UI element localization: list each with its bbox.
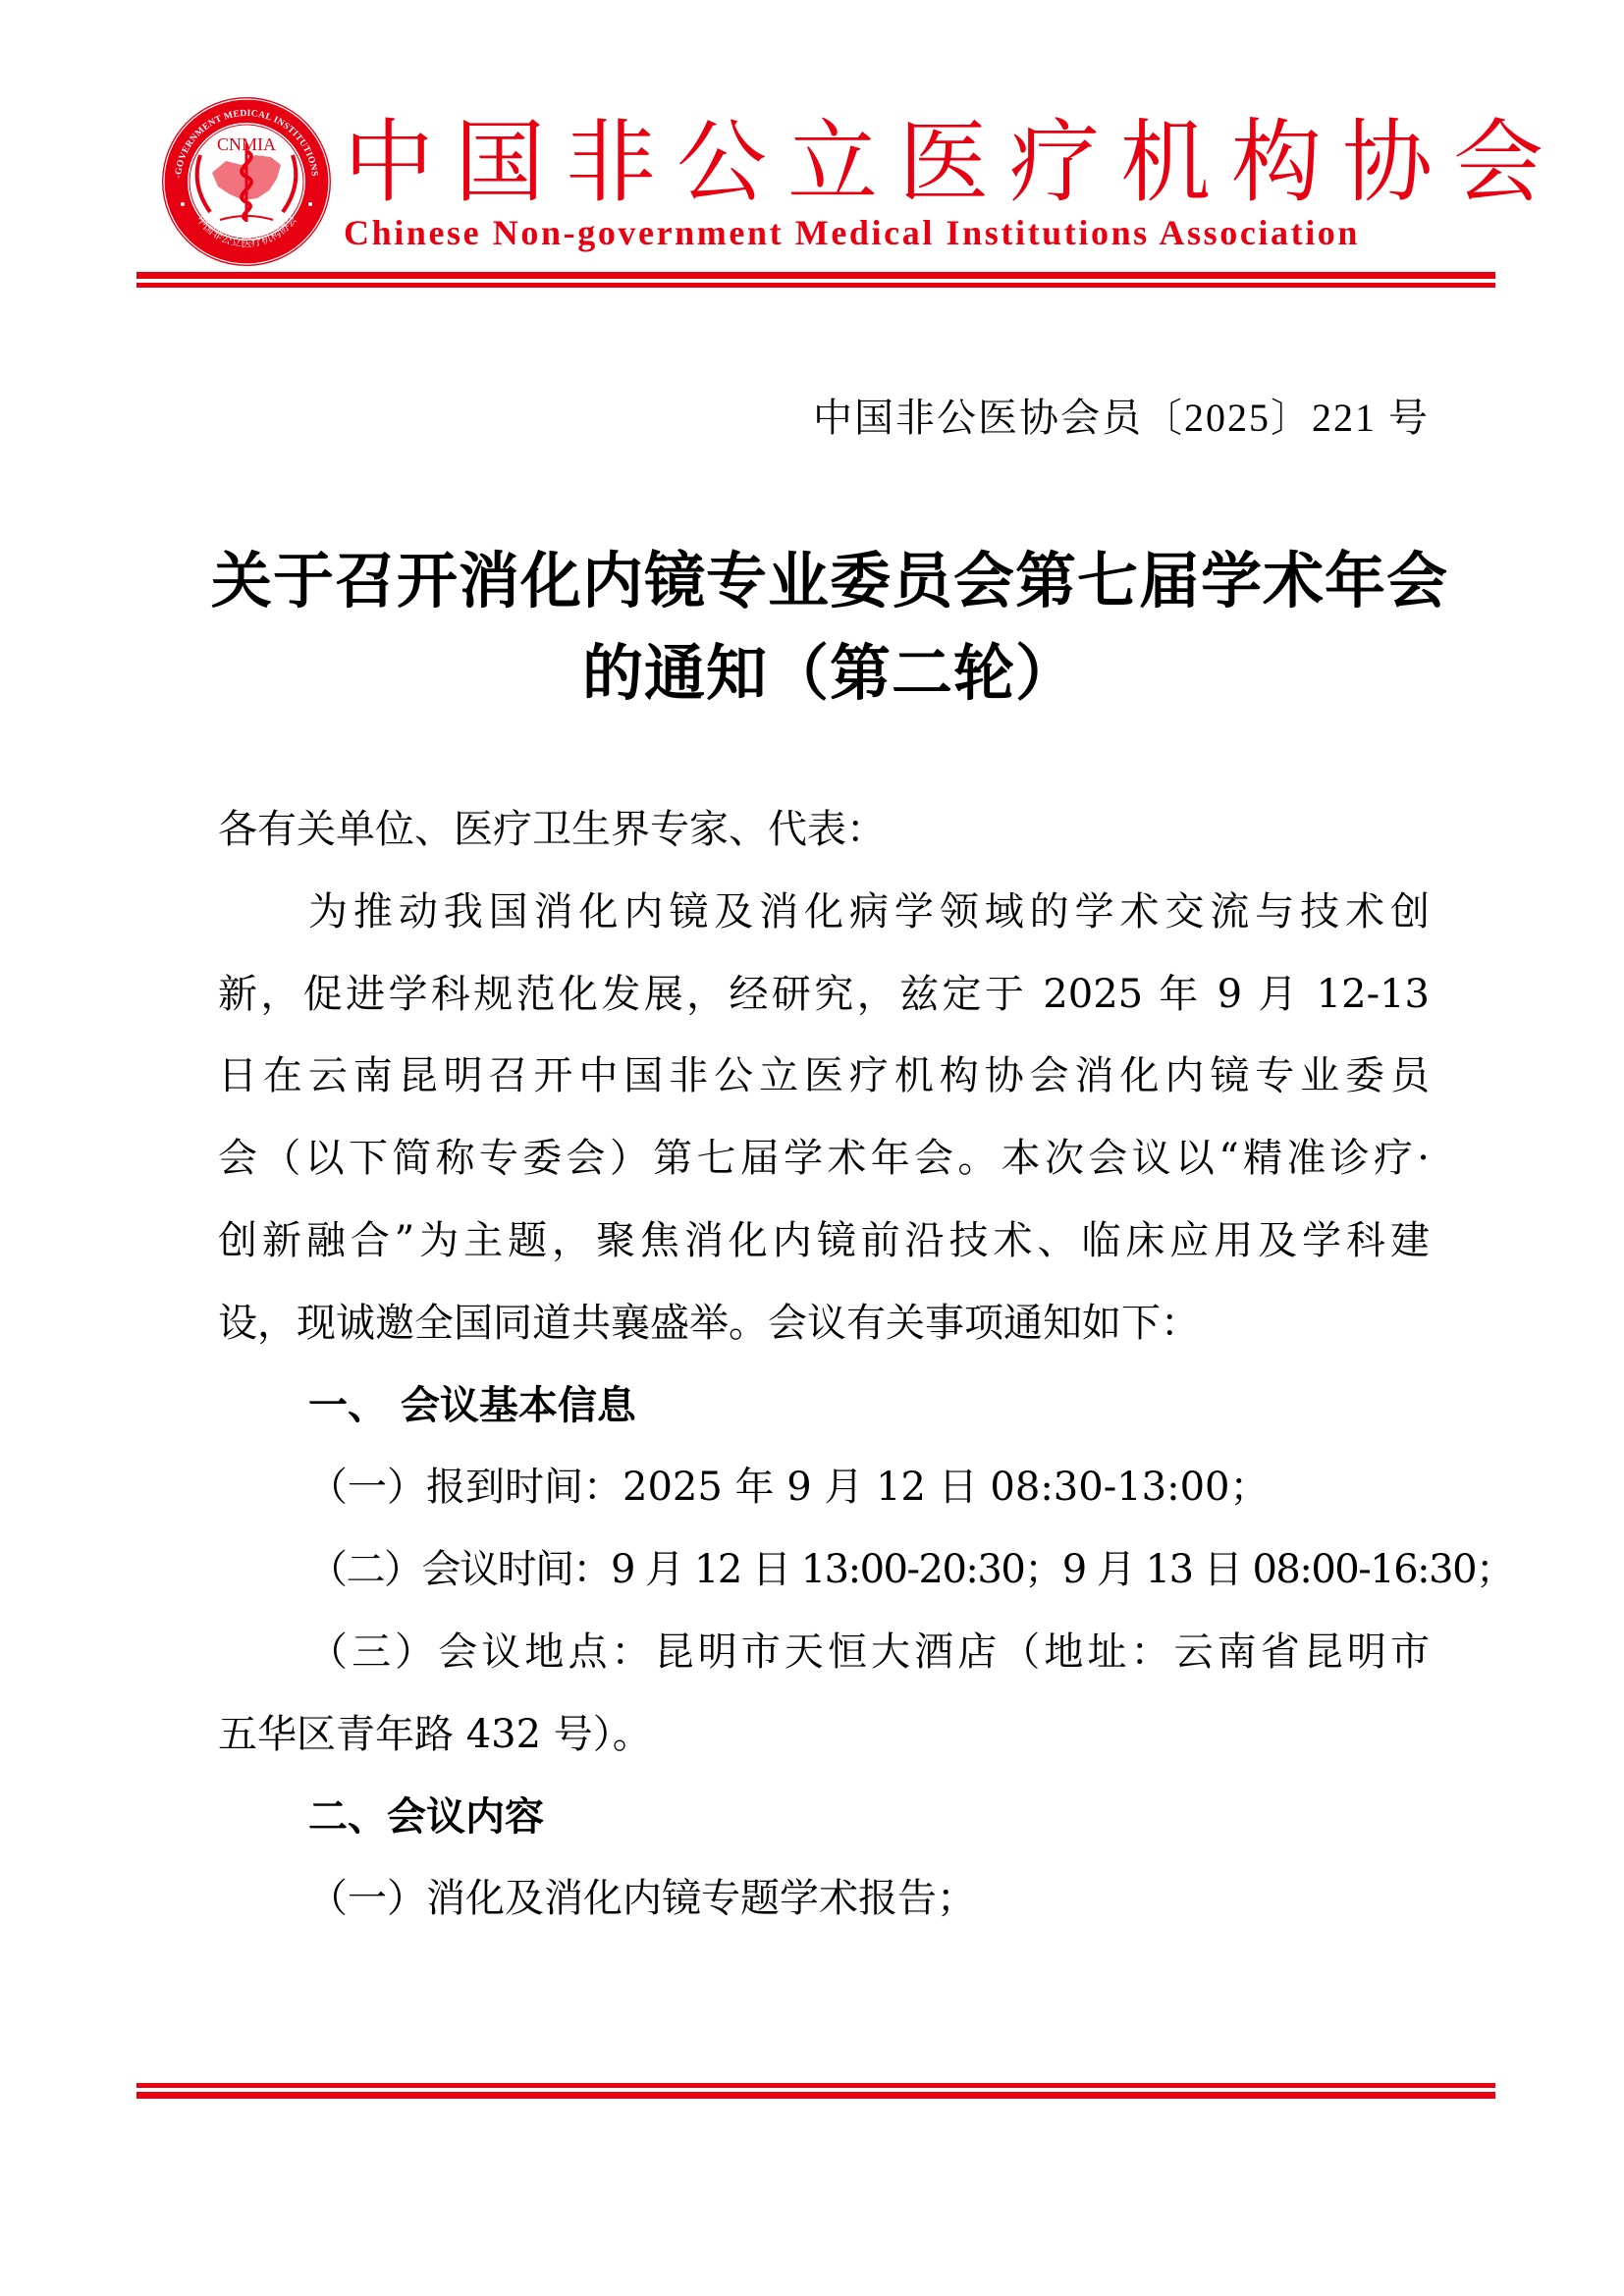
paragraph-line: 创新融合”为主题，聚焦消化内镜前沿技术、临床应用及学科建 <box>218 1201 1430 1283</box>
org-name-english: Chinese Non-government Medical Instituti… <box>344 210 1483 255</box>
document-body: 各有关单位、医疗卫生界专家、代表： 为推动我国消化内镜及消化病学领域的学术交流与… <box>218 789 1435 1941</box>
header-rule-thin <box>136 283 1495 288</box>
document-number: 中国非公医协会员〔2025〕221 号 <box>813 393 1430 444</box>
document-title: 关于召开消化内镜专业委员会第七届学术年会 的通知（第二轮） <box>196 535 1463 720</box>
title-line-1: 关于召开消化内镜专业委员会第七届学术年会 <box>196 535 1463 627</box>
header-rule-thick <box>136 272 1495 279</box>
paragraph-line: 设，现诚邀全国同道共襄盛举。会议有关事项通知如下： <box>218 1283 1435 1365</box>
paragraph-line: 会（以下简称专委会）第七届学术年会。本次会议以“精准诊疗· <box>218 1118 1430 1201</box>
footer-rule-thick <box>136 2092 1495 2099</box>
list-item: （三）会议地点：昆明市天恒大酒店（地址：云南省昆明市 <box>218 1612 1430 1694</box>
document-page: CHINESE NON-GOVERNMENT MEDICAL INSTITUTI… <box>0 0 1624 2296</box>
paragraph-line: 新，促进学科规范化发展，经研究，兹定于 2025 年 9 月 12-13 <box>218 954 1430 1037</box>
salutation: 各有关单位、医疗卫生界专家、代表： <box>218 789 1435 872</box>
list-item-continuation: 五华区青年路 432 号）。 <box>218 1694 1435 1777</box>
list-item: （二）会议时间：9 月 12 日 13:00-20:30；9 月 13 日 08… <box>218 1529 1435 1612</box>
section-heading-2: 二、会议内容 <box>218 1777 1435 1859</box>
section-heading-1: 一、 会议基本信息 <box>218 1365 1435 1448</box>
org-name-chinese: 中国非公立医疗机构协会 <box>344 110 1483 216</box>
paragraph-line: 为推动我国消化内镜及消化病学领域的学术交流与技术创 <box>218 872 1430 954</box>
cnmia-logo-icon: CHINESE NON-GOVERNMENT MEDICAL INSTITUTI… <box>161 96 332 267</box>
title-line-2: 的通知（第二轮） <box>196 627 1463 720</box>
footer-rule-thin <box>136 2083 1495 2088</box>
list-item: （一）消化及消化内镜专题学术报告； <box>218 1858 1435 1941</box>
paragraph-line: 日在云南昆明召开中国非公立医疗机构协会消化内镜专业委员 <box>218 1036 1430 1118</box>
list-item: （一）报到时间：2025 年 9 月 12 日 08:30-13:00； <box>218 1447 1435 1529</box>
